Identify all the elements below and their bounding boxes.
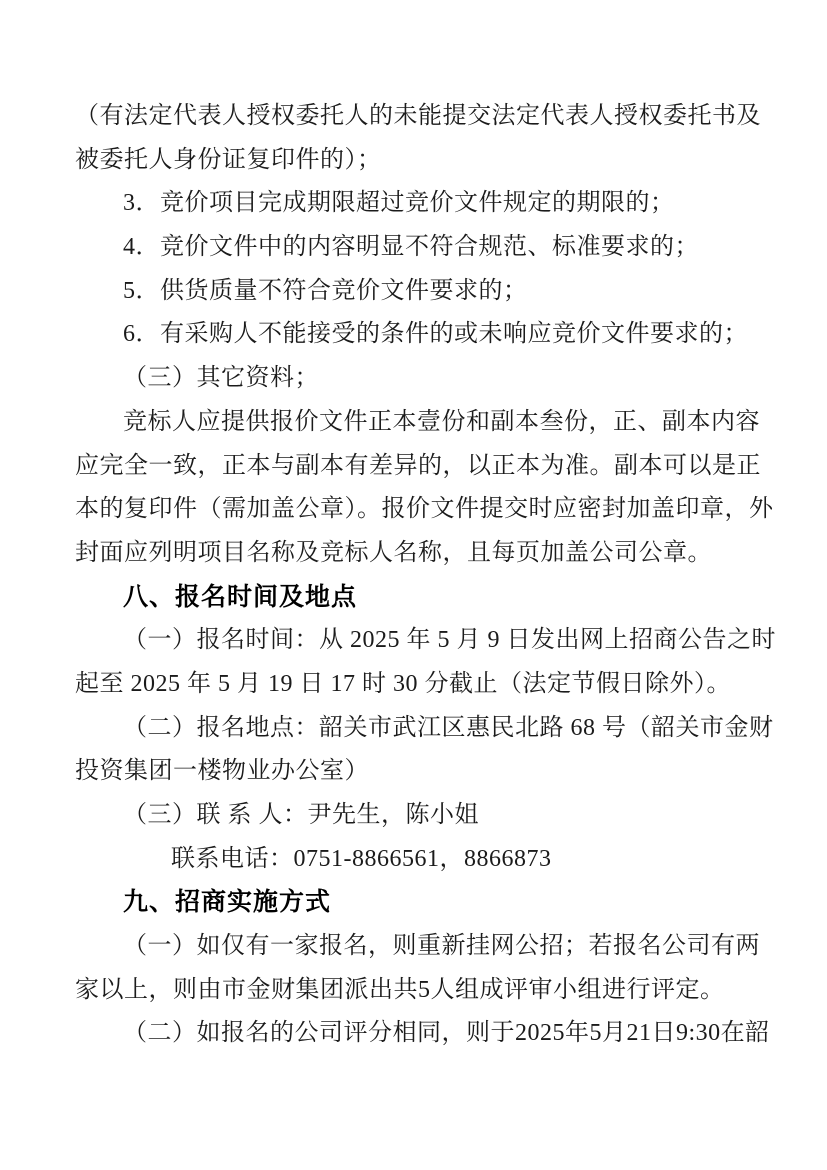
list-item-4: 4．竞价文件中的内容明显不符合规范、标准要求的； bbox=[75, 226, 752, 270]
paragraph-line: （有法定代表人授权委托人的未能提交法定代表人授权委托书及 bbox=[75, 95, 752, 139]
list-item-6: 6．有采购人不能接受的条件的或未响应竞价文件要求的； bbox=[75, 313, 752, 357]
contact-person-line: （三）联 系 人：尹先生，陈小姐 bbox=[75, 794, 752, 838]
document-page: （有法定代表人授权委托人的未能提交法定代表人授权委托书及 被委托人身份证复印件的… bbox=[0, 0, 827, 1170]
paragraph-line: 家以上，则由市金财集团派出共5人组成评审小组进行评定。 bbox=[75, 969, 752, 1013]
list-item-3: 3．竞价项目完成期限超过竞价文件规定的期限的； bbox=[75, 182, 752, 226]
contact-phone-line: 联系电话：0751-8866561，8866873 bbox=[75, 838, 752, 882]
paragraph-line: （一）如仅有一家报名，则重新挂网公招；若报名公司有两 bbox=[75, 925, 752, 969]
section-heading-9: 九、招商实施方式 bbox=[75, 881, 752, 925]
paragraph-line: 本的复印件（需加盖公章）。报价文件提交时应密封加盖印章，外 bbox=[75, 488, 752, 532]
paragraph-line: （一）报名时间：从 2025 年 5 月 9 日发出网上招商公告之时 bbox=[75, 619, 752, 663]
list-item-5: 5．供货质量不符合竞价文件要求的； bbox=[75, 270, 752, 314]
paragraph-line: 应完全一致，正本与副本有差异的，以正本为准。副本可以是正 bbox=[75, 445, 752, 489]
paragraph-line: 投资集团一楼物业办公室） bbox=[75, 750, 752, 794]
subsection-label: （三）其它资料； bbox=[75, 357, 752, 401]
paragraph-line: 被委托人身份证复印件的）； bbox=[75, 139, 752, 183]
paragraph-line: 竞标人应提供报价文件正本壹份和副本叁份，正、副本内容 bbox=[75, 401, 752, 445]
paragraph-line: （二）报名地点：韶关市武江区惠民北路 68 号（韶关市金财 bbox=[75, 707, 752, 751]
section-heading-8: 八、报名时间及地点 bbox=[75, 576, 752, 620]
paragraph-line: 封面应列明项目名称及竞标人名称，且每页加盖公司公章。 bbox=[75, 532, 752, 576]
paragraph-line: （二）如报名的公司评分相同，则于2025年5月21日9:30在韶 bbox=[75, 1012, 752, 1056]
paragraph-line: 起至 2025 年 5 月 19 日 17 时 30 分截止（法定节假日除外）。 bbox=[75, 663, 752, 707]
